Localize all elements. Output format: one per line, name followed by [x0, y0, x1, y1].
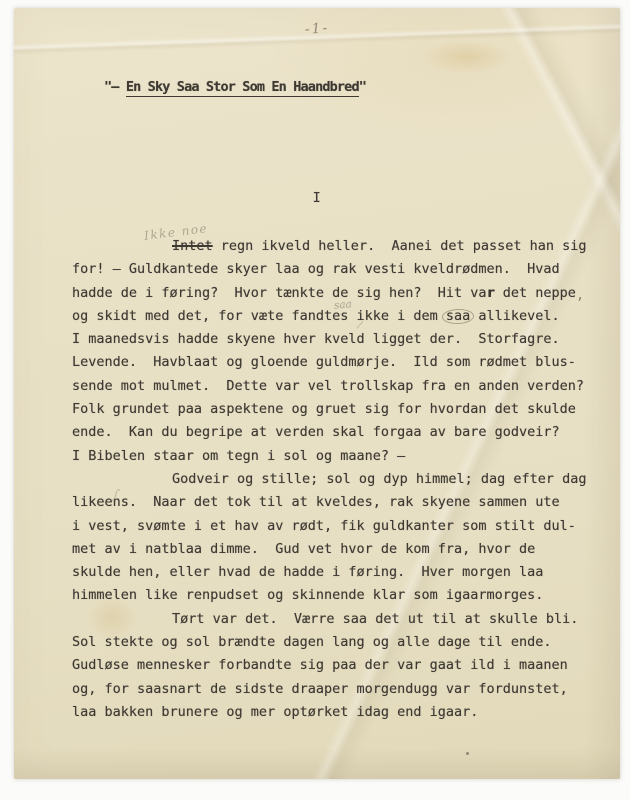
- text-line: for! — Guldkantede skyer laa og rak vest…: [72, 258, 607, 281]
- stain: [422, 40, 512, 74]
- document-title: "— En Sky Saa Stor Som En Haandbred": [104, 79, 366, 95]
- paper-sheet: -1- "— En Sky Saa Stor Som En Haandbred"…: [14, 8, 620, 779]
- text-line: Levende. Havblaat og gloende guldmørje. …: [72, 351, 607, 374]
- text-line: Folk grundet paa aspektene og gruet sig …: [72, 398, 607, 421]
- scanned-manuscript-page: -1- "— En Sky Saa Stor Som En Haandbred"…: [0, 0, 630, 800]
- text-line: Gudløse mennesker forbandte sig paa der …: [72, 654, 607, 677]
- text-line: sende mot mulmet. Dette var vel trollska…: [72, 375, 607, 398]
- text-line: Tørt var det. Værre saa det ut til at sk…: [72, 608, 607, 631]
- text-line: Sol stekte og sol brændte dagen lang og …: [72, 631, 607, 654]
- text-line: Godveir og stille; sol og dyp himmel; da…: [72, 468, 607, 491]
- text-line: I maanedsvis hadde skyene hver kveld lig…: [72, 328, 607, 351]
- text-line: Ikke noeIntet regn ikveld heller. Aanei …: [72, 235, 607, 258]
- text-line: I Bibelen staar om tegn i sol og maane? …: [72, 445, 607, 468]
- text-line: i vest, svømte i et hav av rødt, fik gul…: [72, 515, 607, 538]
- text-line: himmelen like renpudset og skinnende kla…: [72, 584, 607, 607]
- section-heading: I: [14, 190, 620, 206]
- text-line: laa bakken brunere og mer optørket idag …: [72, 701, 607, 724]
- document-body: Ikke noeIntet regn ikveld heller. Aanei …: [72, 235, 607, 724]
- ink-speck: [466, 752, 469, 755]
- text-line: saa/og skidt med det, for væte fandtes i…: [72, 305, 607, 328]
- text-line: met av i natblaa dimme. Gud vet hvor de …: [72, 538, 607, 561]
- text-line: hadde de i føring? Hvor tænkte de sig he…: [72, 282, 607, 305]
- text-line: og, for saasnart de sidste draaper morge…: [72, 678, 607, 701]
- page-number: -1-: [14, 0, 620, 58]
- text-line: ende. Kan du begripe at verden skal forg…: [72, 421, 607, 444]
- text-line: ∫likeens. Naar det tok til at kveldes, r…: [72, 491, 607, 514]
- text-line: skulde hen, eller hvad de hadde i føring…: [72, 561, 607, 584]
